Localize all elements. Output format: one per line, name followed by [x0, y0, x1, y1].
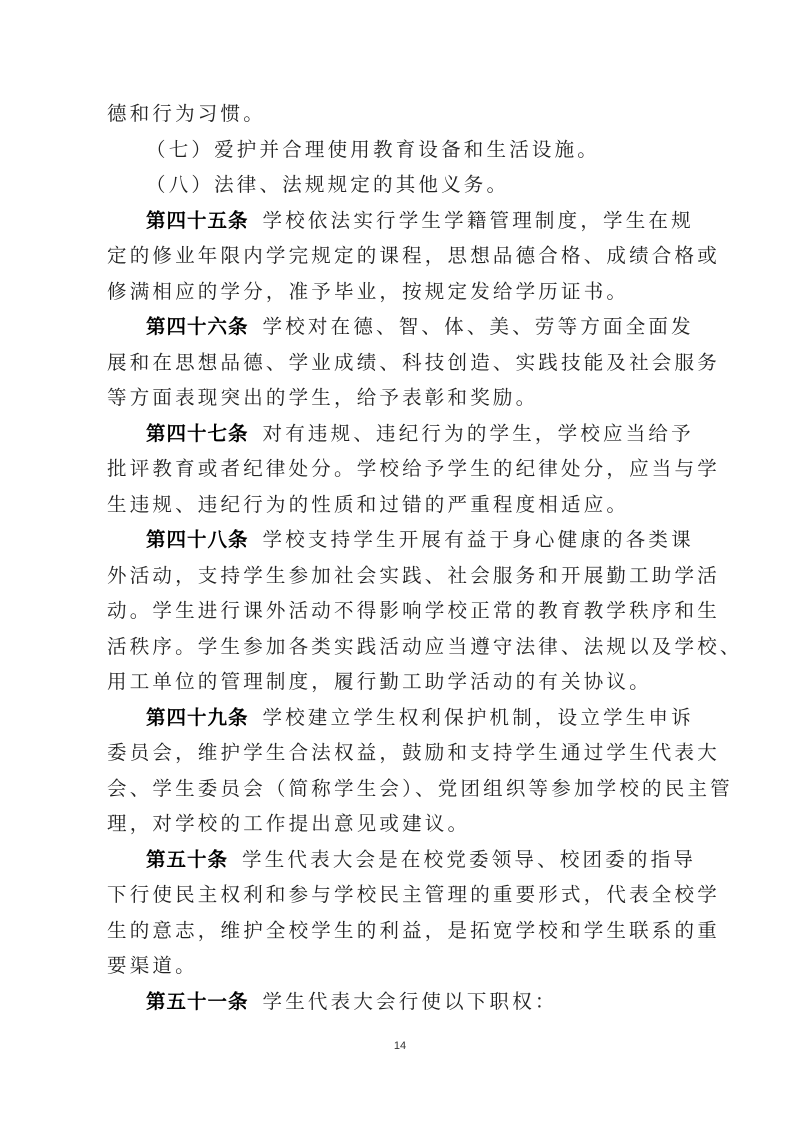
- article-heading: 第四十九条: [146, 706, 249, 729]
- text-line: 学校对在德、智、体、美、劳等方面全面发: [263, 315, 694, 338]
- text-line: 用工单位的管理制度，履行勤工助学活动的有关协议。: [107, 664, 697, 700]
- page-number: 14: [0, 1040, 800, 1052]
- list-item-7: （七）爱护并合理使用教育设备和生活设施。: [107, 132, 697, 168]
- article-heading: 第四十八条: [146, 528, 249, 551]
- text-line: 对有违规、违纪行为的学生，学校应当给予: [263, 422, 694, 445]
- text-line: 要渠道。: [107, 948, 697, 984]
- text-line: 修满相应的学分，准予毕业，按规定发给学历证书。: [107, 274, 697, 310]
- article-45: 第四十五条学校依法实行学生学籍管理制度，学生在规 定的修业年限内学完规定的课程，…: [107, 203, 697, 310]
- text-line: 学生代表大会是在校党委领导、校团委的指导: [242, 848, 696, 871]
- text-line: 活秩序。学生参加各类实践活动应当遵守法律、法规以及学校、: [107, 629, 697, 665]
- text-line: 外活动，支持学生参加社会实践、社会服务和开展勤工助学活: [107, 558, 697, 594]
- article-47: 第四十七条对有违规、违纪行为的学生，学校应当给予 批评教育或者纪律处分。学校给予…: [107, 416, 697, 523]
- article-heading: 第五十条: [146, 848, 228, 871]
- text-line: 生的意志，维护全校学生的利益，是拓宽学校和学生联系的重: [107, 913, 697, 949]
- article-heading: 第四十六条: [146, 315, 249, 338]
- text-line: 等方面表现突出的学生，给予表彰和奖励。: [107, 380, 697, 416]
- text-line: 学生代表大会行使以下职权：: [263, 990, 558, 1013]
- article-heading: 第四十五条: [146, 209, 249, 232]
- text-line: 学校依法实行学生学籍管理制度，学生在规: [263, 209, 694, 232]
- article-heading: 第五十一条: [146, 990, 249, 1013]
- article-heading: 第四十七条: [146, 422, 249, 445]
- article-48: 第四十八条学校支持学生开展有益于身心健康的各类课 外活动，支持学生参加社会实践、…: [107, 522, 697, 700]
- text-line: 生违规、违纪行为的性质和过错的严重程度相适应。: [107, 487, 697, 523]
- document-page: 德和行为习惯。 （七）爱护并合理使用教育设备和生活设施。 （八）法律、法规规定的…: [107, 96, 697, 1019]
- text-line: 会、学生委员会（简称学生会）、党团组织等参加学校的民主管: [107, 771, 697, 807]
- text-line: 动。学生进行课外活动不得影响学校正常的教育教学秩序和生: [107, 593, 697, 629]
- text-line: 委员会，维护学生合法权益，鼓励和支持学生通过学生代表大: [107, 735, 697, 771]
- text-line: 学校支持学生开展有益于身心健康的各类课: [263, 528, 694, 551]
- text-line: 下行使民主权利和参与学校民主管理的重要形式，代表全校学: [107, 877, 697, 913]
- text-line: 德和行为习惯。: [107, 96, 697, 132]
- article-46: 第四十六条学校对在德、智、体、美、劳等方面全面发 展和在思想品德、学业成绩、科技…: [107, 309, 697, 416]
- list-item-8: （八）法律、法规规定的其他义务。: [107, 167, 697, 203]
- text-line: 定的修业年限内学完规定的课程，思想品德合格、成绩合格或: [107, 238, 697, 274]
- text-line: 理，对学校的工作提出意见或建议。: [107, 806, 697, 842]
- article-50: 第五十条学生代表大会是在校党委领导、校团委的指导 下行使民主权利和参与学校民主管…: [107, 842, 697, 984]
- text-line: 批评教育或者纪律处分。学校给予学生的纪律处分，应当与学: [107, 451, 697, 487]
- article-49: 第四十九条学校建立学生权利保护机制，设立学生申诉 委员会，维护学生合法权益，鼓励…: [107, 700, 697, 842]
- text-line: 展和在思想品德、学业成绩、科技创造、实践技能及社会服务: [107, 345, 697, 381]
- article-51: 第五十一条学生代表大会行使以下职权：: [107, 984, 697, 1020]
- text-line: 学校建立学生权利保护机制，设立学生申诉: [263, 706, 694, 729]
